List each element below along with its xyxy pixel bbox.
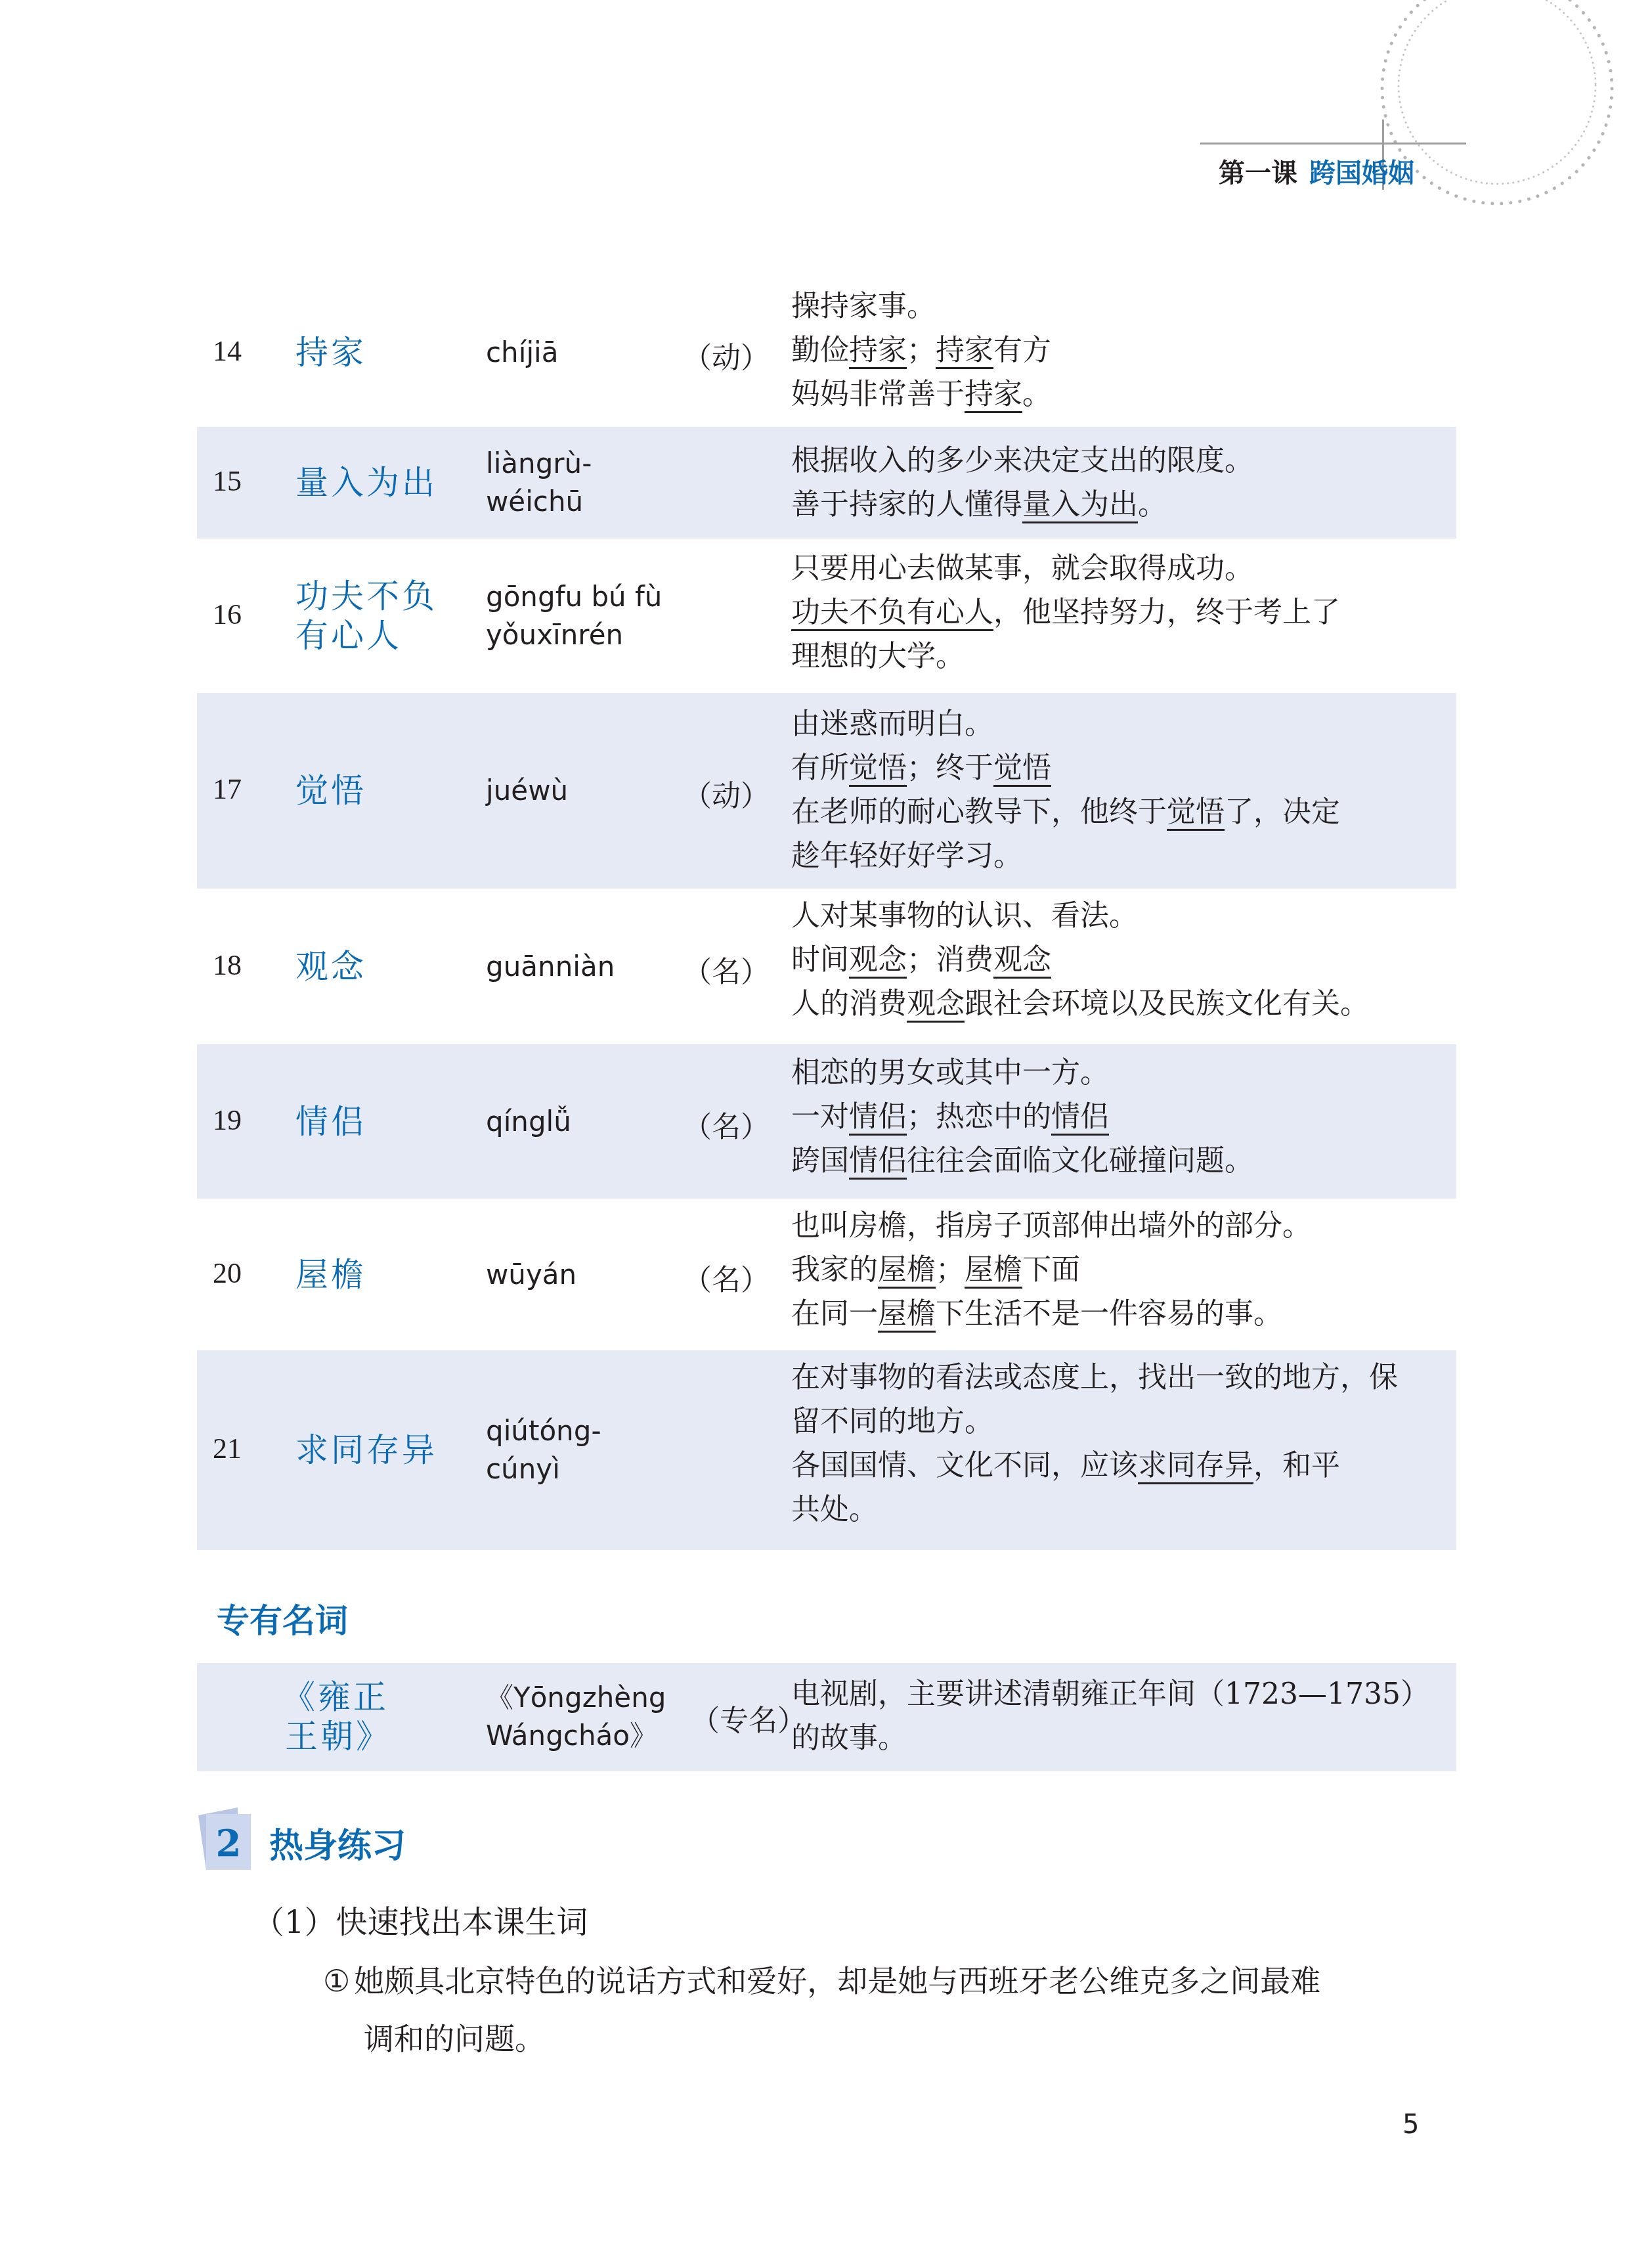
- example-text: 跨国情侣往往会面临文化碰撞问题。: [791, 1139, 1448, 1183]
- decorative-dotted-circles-icon: [1366, 0, 1628, 223]
- definition-text: 人对某事物的认识、看法。: [791, 894, 1448, 938]
- proper-noun-word: 《雍正 王朝》: [282, 1677, 391, 1756]
- definition-text: 根据收入的多少来决定支出的限度。: [791, 439, 1448, 483]
- underlined-keyword: 持家: [849, 334, 907, 369]
- underlined-keyword: 观念: [849, 943, 907, 979]
- lesson-title: 跨国婚姻: [1309, 158, 1414, 188]
- vocabulary-word: 持家: [295, 333, 366, 372]
- definition-text: 只要用心去做某事，就会取得成功。: [791, 546, 1448, 590]
- underlined-keyword: 情侣: [1051, 1100, 1109, 1136]
- definition: 在对事物的看法或态度上，找出一致的地方，保留不同的地方。各国国情、文化不同，应该…: [791, 1356, 1448, 1532]
- part-of-speech: （名）: [683, 948, 770, 990]
- entry-number: 16: [213, 598, 242, 631]
- item-marker: ①: [323, 1963, 350, 1999]
- example-text: 在同一屋檐下生活不是一件容易的事。: [791, 1292, 1448, 1336]
- underlined-keyword: 觉悟: [849, 751, 907, 787]
- underlined-keyword: 情侣: [849, 1100, 907, 1136]
- example-text: 理想的大学。: [791, 634, 1448, 678]
- example-text: 各国国情、文化不同，应该求同存异，和平: [791, 1444, 1448, 1488]
- example-text: 共处。: [791, 1488, 1448, 1532]
- section-title: 热身练习: [269, 1818, 406, 1867]
- pinyin: juéwù: [486, 772, 568, 810]
- definition-text: 由迷惑而明白。: [791, 702, 1448, 746]
- proper-nouns-title: 专有名词: [217, 1595, 348, 1642]
- example-text: 留不同的地方。: [791, 1400, 1448, 1444]
- proper-noun-pinyin: 《Yōngzhèng Wángcháo》: [486, 1679, 666, 1755]
- svg-text:2: 2: [216, 1822, 242, 1865]
- header-rule: [1200, 143, 1466, 144]
- part-of-speech: （名）: [683, 1256, 770, 1298]
- definition-text: 相恋的男女或其中一方。: [791, 1051, 1448, 1095]
- vocabulary-word: 功夫不负有心人: [295, 577, 437, 655]
- underlined-keyword: 屋檐: [878, 1253, 936, 1289]
- vocabulary-row: 16功夫不负有心人gōngfu bú fùyǒuxīnrén只要用心去做某事，就…: [197, 539, 1456, 693]
- definition: 操持家事。勤俭持家；持家有方妈妈非常善于持家。: [791, 284, 1448, 416]
- underlined-keyword: 觉悟: [993, 751, 1051, 787]
- underlined-keyword: 持家: [936, 334, 993, 369]
- vocabulary-row: 15量入为出liàngrù-wéichū根据收入的多少来决定支出的限度。善于持家…: [197, 427, 1456, 539]
- definition-text: 操持家事。: [791, 284, 1448, 328]
- pinyin: chíjiā: [486, 334, 558, 372]
- part-of-speech: （动）: [683, 334, 770, 376]
- definition: 人对某事物的认识、看法。时间观念；消费观念人的消费观念跟社会环境以及民族文化有关…: [791, 894, 1448, 1026]
- entry-number: 15: [213, 464, 242, 498]
- entry-number: 14: [213, 334, 242, 368]
- example-text: 我家的屋檐；屋檐下面: [791, 1248, 1448, 1292]
- definition-text: 在对事物的看法或态度上，找出一致的地方，保: [791, 1356, 1448, 1400]
- entry-number: 19: [213, 1103, 242, 1137]
- example-text: 勤俭持家；持家有方: [791, 328, 1448, 372]
- entry-number: 20: [213, 1256, 242, 1290]
- vocabulary-table: 14持家chíjiā（动）操持家事。勤俭持家；持家有方妈妈非常善于持家。15量入…: [197, 278, 1456, 1550]
- definition: 只要用心去做某事，就会取得成功。功夫不负有心人，他坚持努力，终于考上了理想的大学…: [791, 546, 1448, 678]
- underlined-keyword: 观念: [907, 987, 965, 1023]
- proper-noun-pos: （专名）: [691, 1697, 806, 1739]
- definition-text: 也叫房檐，指房子顶部伸出墙外的部分。: [791, 1204, 1448, 1248]
- vocabulary-word: 屋檐: [295, 1255, 366, 1295]
- pinyin: guānniàn: [486, 948, 615, 986]
- vocabulary-word: 观念: [295, 947, 366, 986]
- pinyin: qínglǚ: [486, 1103, 571, 1141]
- example-text: 妈妈非常善于持家。: [791, 372, 1448, 416]
- proper-noun-definition: 电视剧，主要讲述清朝雍正年间（1723—1735） 的故事。: [791, 1672, 1448, 1760]
- underlined-keyword: 量入为出: [1022, 488, 1138, 523]
- lesson-number: 第一课: [1219, 158, 1297, 188]
- vocabulary-word: 求同存异: [295, 1430, 437, 1470]
- vocabulary-word: 量入为出: [295, 463, 437, 502]
- underlined-keyword: 功夫不负有心人: [791, 596, 993, 631]
- vocabulary-row: 21求同存异qiútóng-cúnyì在对事物的看法或态度上，找出一致的地方，保…: [197, 1350, 1456, 1550]
- pinyin: liàngrù-wéichū: [486, 445, 592, 521]
- exercise-item: ①她颇具北京特色的说话方式和爱好，却是她与西班牙老公维克多之间最难 调和的问题。: [323, 1952, 1466, 2068]
- entry-number: 18: [213, 948, 242, 982]
- underlined-keyword: 求同存异: [1138, 1449, 1253, 1484]
- underlined-keyword: 情侣: [849, 1144, 907, 1180]
- section-number-badge-icon: 2: [197, 1807, 256, 1870]
- lesson-header: 第一课跨国婚姻: [1219, 152, 1414, 190]
- underlined-keyword: 观念: [993, 943, 1051, 979]
- part-of-speech: （动）: [683, 772, 770, 814]
- underlined-keyword: 持家: [965, 378, 1022, 413]
- entry-number: 21: [213, 1432, 242, 1465]
- underlined-keyword: 觉悟: [1167, 795, 1225, 831]
- pinyin: qiútóng-cúnyì: [486, 1412, 601, 1488]
- example-text: 在老师的耐心教导下，他终于觉悟了，决定: [791, 790, 1448, 834]
- vocabulary-row: 19情侣qínglǚ（名）相恋的男女或其中一方。一对情侣；热恋中的情侣跨国情侣往…: [197, 1044, 1456, 1199]
- definition: 相恋的男女或其中一方。一对情侣；热恋中的情侣跨国情侣往往会面临文化碰撞问题。: [791, 1051, 1448, 1183]
- example-text: 功夫不负有心人，他坚持努力，终于考上了: [791, 590, 1448, 634]
- vocabulary-row: 17觉悟juéwù（动）由迷惑而明白。有所觉悟；终于觉悟在老师的耐心教导下，他终…: [197, 693, 1456, 889]
- pinyin: wūyán: [486, 1256, 576, 1294]
- definition: 根据收入的多少来决定支出的限度。善于持家的人懂得量入为出。: [791, 439, 1448, 527]
- page-number: 5: [1402, 2110, 1419, 2140]
- vocabulary-row: 18观念guānniàn（名）人对某事物的认识、看法。时间观念；消费观念人的消费…: [197, 889, 1456, 1044]
- example-text: 一对情侣；热恋中的情侣: [791, 1095, 1448, 1139]
- example-text: 趁年轻好好学习。: [791, 834, 1448, 878]
- exercise-sentence-line-2: 调和的问题。: [323, 2010, 1466, 2068]
- vocabulary-word: 情侣: [295, 1102, 366, 1141]
- underlined-keyword: 屋檐: [878, 1297, 936, 1333]
- underlined-keyword: 屋檐: [965, 1253, 1022, 1289]
- example-text: 善于持家的人懂得量入为出。: [791, 483, 1448, 527]
- exercise-heading: （1）快速找出本课生词: [253, 1897, 588, 1942]
- definition: 由迷惑而明白。有所觉悟；终于觉悟在老师的耐心教导下，他终于觉悟了，决定趁年轻好好…: [791, 702, 1448, 878]
- vocabulary-word: 觉悟: [295, 771, 366, 810]
- entry-number: 17: [213, 772, 242, 806]
- vocabulary-row: 14持家chíjiā（动）操持家事。勤俭持家；持家有方妈妈非常善于持家。: [197, 278, 1456, 427]
- part-of-speech: （名）: [683, 1103, 770, 1145]
- example-text: 时间观念；消费观念: [791, 938, 1448, 982]
- proper-noun-row: 《雍正 王朝》 《Yōngzhèng Wángcháo》 （专名） 电视剧，主要…: [197, 1663, 1456, 1771]
- exercise-sentence-line-1: 她颇具北京特色的说话方式和爱好，却是她与西班牙老公维克多之间最难: [354, 1963, 1320, 1999]
- pinyin: gōngfu bú fùyǒuxīnrén: [486, 578, 662, 654]
- example-text: 有所觉悟；终于觉悟: [791, 746, 1448, 790]
- vocabulary-row: 20屋檐wūyán（名）也叫房檐，指房子顶部伸出墙外的部分。我家的屋檐；屋檐下面…: [197, 1199, 1456, 1350]
- example-text: 人的消费观念跟社会环境以及民族文化有关。: [791, 982, 1448, 1026]
- definition: 也叫房檐，指房子顶部伸出墙外的部分。我家的屋檐；屋檐下面在同一屋檐下生活不是一件…: [791, 1204, 1448, 1336]
